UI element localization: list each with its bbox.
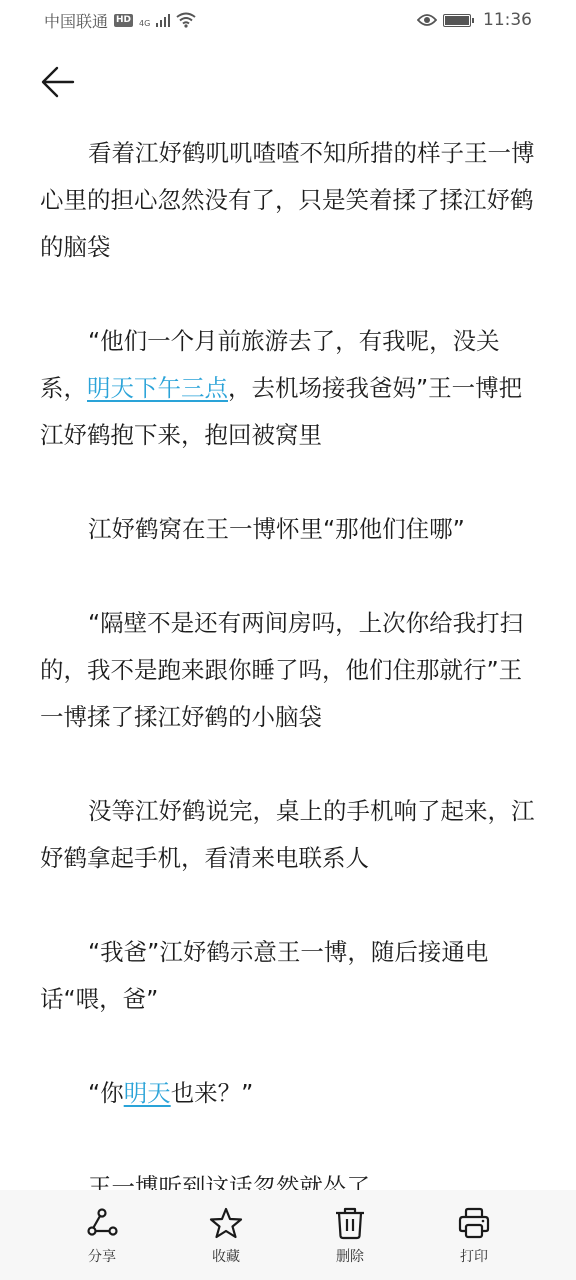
- signal-icon: [156, 13, 170, 27]
- paragraph: 没等江妤鹤说完，桌上的手机响了起来，江妤鹤拿起手机，看清来电联系人: [40, 788, 540, 882]
- text-segment: “我爸”江妤鹤示意王一博，随后接通电话“喂，爸”: [40, 938, 488, 1013]
- share-button[interactable]: 分享: [62, 1190, 142, 1280]
- paragraph: “他们一个月前旅游去了，有我呢，没关系，明天下午三点，去机场接我爸妈”王一博把江…: [40, 318, 540, 459]
- delete-label: 删除: [336, 1246, 364, 1266]
- network-type: 4G: [139, 19, 150, 28]
- favorite-button[interactable]: 收藏: [186, 1190, 266, 1280]
- eye-comfort-icon: [417, 13, 437, 27]
- text-segment: “你: [88, 1079, 124, 1107]
- arrow-left-icon: [40, 64, 76, 100]
- date-time-link[interactable]: 明天下午三点: [87, 374, 228, 402]
- status-left: 中国联通 HD 4G: [44, 9, 196, 32]
- share-icon: [85, 1206, 119, 1240]
- paragraph: “隔壁不是还有两间房吗，上次你给我打扫的，我不是跑来跟你睡了吗，他们住那就行”王…: [40, 600, 540, 741]
- back-button[interactable]: [38, 62, 78, 102]
- status-right: 11:36: [417, 10, 532, 30]
- bottom-action-bar: 分享 收藏 删除 打印: [0, 1190, 576, 1280]
- hd-badge: HD: [114, 14, 133, 27]
- text-segment: 江妤鹤窝在王一博怀里“那他们住哪”: [88, 515, 465, 543]
- print-button[interactable]: 打印: [434, 1190, 514, 1280]
- favorite-label: 收藏: [212, 1246, 240, 1266]
- paragraph: “我爸”江妤鹤示意王一博，随后接通电话“喂，爸”: [40, 929, 540, 1023]
- print-label: 打印: [460, 1246, 488, 1266]
- printer-icon: [457, 1206, 491, 1240]
- carrier-name: 中国联通: [44, 9, 108, 32]
- share-label: 分享: [88, 1246, 116, 1266]
- star-icon: [209, 1206, 243, 1240]
- clock: 11:36: [483, 10, 532, 30]
- text-segment: 也来？”: [171, 1079, 254, 1107]
- wifi-icon: [176, 12, 196, 28]
- text-segment: 看着江妤鹤叽叽喳喳不知所措的样子王一博心里的担心忽然没有了，只是笑着揉了揉江妤鹤…: [40, 139, 535, 261]
- battery-icon: [443, 14, 471, 27]
- paragraph: “你明天也来？”: [40, 1070, 540, 1117]
- status-bar: 中国联通 HD 4G 11:36: [0, 0, 576, 40]
- delete-button[interactable]: 删除: [310, 1190, 390, 1280]
- article-content: 看着江妤鹤叽叽喳喳不知所措的样子王一博心里的担心忽然没有了，只是笑着揉了揉江妤鹤…: [40, 130, 540, 1258]
- date-link[interactable]: 明天: [124, 1079, 171, 1107]
- paragraph: 江妤鹤窝在王一博怀里“那他们住哪”: [40, 506, 540, 553]
- text-segment: “隔壁不是还有两间房吗，上次你给我打扫的，我不是跑来跟你睡了吗，他们住那就行”王…: [40, 609, 523, 731]
- trash-icon: [333, 1206, 367, 1240]
- paragraph: 看着江妤鹤叽叽喳喳不知所措的样子王一博心里的担心忽然没有了，只是笑着揉了揉江妤鹤…: [40, 130, 540, 271]
- text-segment: 没等江妤鹤说完，桌上的手机响了起来，江妤鹤拿起手机，看清来电联系人: [40, 797, 535, 872]
